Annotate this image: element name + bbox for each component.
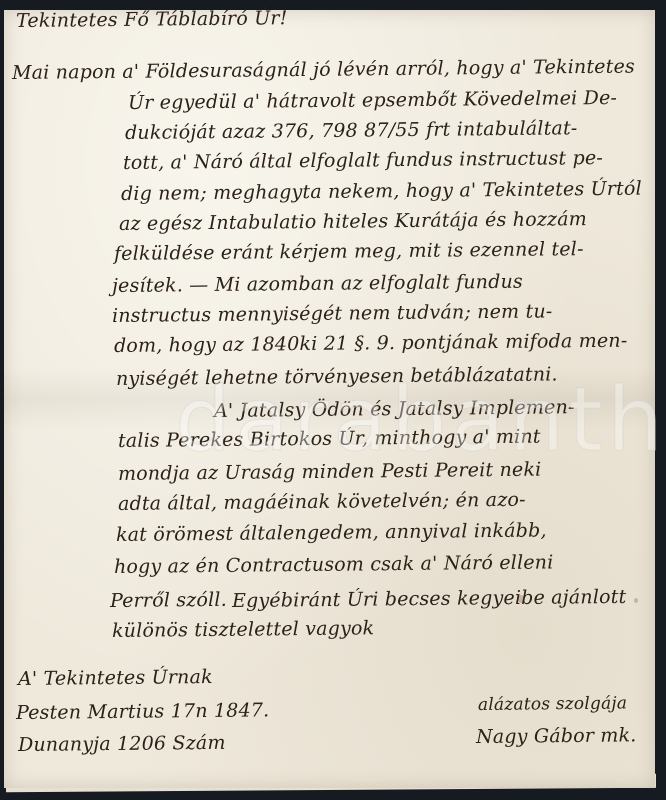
body-line: adta által, magáéinak követelvén; én azo… [118,489,526,515]
body-line: jesítek. — Mi azomban az elfoglalt fundu… [112,271,523,297]
ink-stain [634,598,638,603]
body-line: hogy az én Contractusom csak a' Náró ell… [114,551,554,578]
body-line: instructus mennyiségét nem tudván; nem t… [112,300,553,327]
watermark: darabanth [175,368,666,471]
body-line: kat örömest általengedem, annyival inkáb… [116,519,547,546]
closing-line: Egyébiránt Úri becses kegyeibe ajánlott [232,586,627,612]
signature-title: alázatos szolgája [478,693,627,715]
date-line: Pesten Martius 17n 1847. [16,699,270,724]
signature-name: Nagy Gábor mk. [476,724,637,748]
reference-line: Dunanyja 1206 Szám [18,732,226,756]
closing-line: különös tisztelettel vagyok [112,617,375,642]
salutation: Tekintetes Fő Táblabíró Úr! [16,7,288,32]
body-line: Perről szóll. [110,589,227,612]
address-line: A' Tekintetes Úrnak [18,666,213,690]
